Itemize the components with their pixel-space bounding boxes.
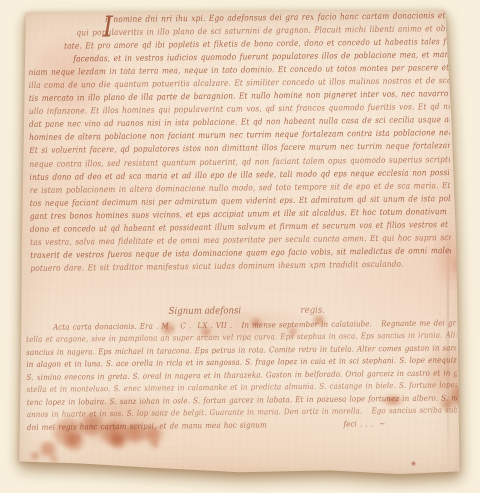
main-text-block: n nomine dni nri ihu xpi. Ego adefonsus …: [28, 9, 451, 275]
stain: [452, 255, 472, 275]
scan-background: I n nomine dni nri ihu xpi. Ego adefonsu…: [0, 0, 480, 493]
stain: [411, 461, 416, 466]
stain: [62, 433, 86, 451]
stain: [50, 455, 58, 462]
fold-crease: [447, 218, 449, 470]
stain: [38, 441, 58, 457]
parchment-shadow: I n nomine dni nri ihu xpi. Ego adefonsu…: [16, 8, 464, 476]
stain: [108, 434, 128, 449]
parchment-document: I n nomine dni nri ihu xpi. Ego adefonsu…: [16, 8, 464, 476]
dating-witness-block: Acta carta donacionis. Era . M . C . LX …: [26, 317, 457, 434]
stain: [460, 365, 476, 379]
stain: [30, 452, 40, 460]
signature-signum-text: Signum adefonsi: [169, 305, 242, 317]
signature-regis-text: regis.: [300, 305, 325, 316]
stain: [150, 440, 160, 448]
